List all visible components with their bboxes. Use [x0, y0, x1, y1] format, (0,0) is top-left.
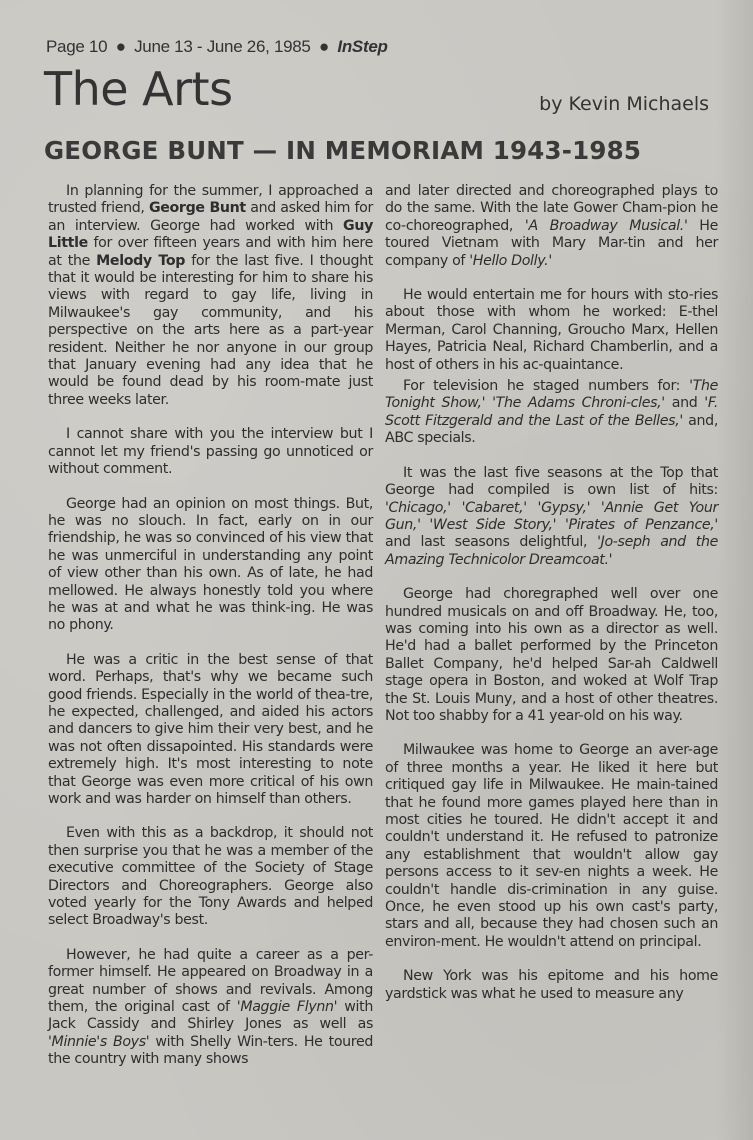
article-paragraph: In planning for the summer, I approached… [48, 183, 373, 409]
article-paragraph: For television he staged numbers for: 'T… [385, 378, 718, 448]
italic-title: 'A Broadway Musical.' [525, 218, 688, 234]
bullet-icon: ● [319, 37, 329, 57]
newspaper-page: Page 10 ● June 13 - June 26, 1985 ● InSt… [0, 0, 753, 1140]
text-run: He would entertain me for hours with sto… [385, 287, 718, 373]
page-number: Page 10 [46, 37, 107, 56]
article-paragraph: New York was his epitome and his home ya… [385, 968, 718, 1003]
text-run: For television he staged numbers for: [403, 378, 689, 394]
article-paragraph: Milwaukee was home to George an aver-age… [385, 742, 718, 951]
text-run: and [665, 395, 704, 411]
issue-date-range: June 13 - June 26, 1985 [134, 37, 310, 56]
article-paragraph: George had an opinion on most things. Bu… [48, 496, 373, 635]
text-run: Milwaukee was home to George an aver-age… [385, 742, 718, 949]
article-headline: GEORGE BUNT — IN MEMORIAM 1943-1985 [44, 136, 641, 165]
article-paragraph: and later directed and choreographed pla… [385, 183, 718, 270]
article-paragraph: He would entertain me for hours with sto… [385, 287, 718, 374]
text-run: and last seasons delightful, [385, 534, 597, 550]
article-column-right: and later directed and choreographed pla… [385, 183, 718, 1003]
bold-name: George Bunt [149, 200, 246, 216]
publication-name: InStep [337, 37, 387, 56]
byline: by Kevin Michaels [539, 93, 709, 115]
section-title: The Arts [44, 66, 233, 112]
text-run: I cannot share with you the interview bu… [48, 426, 373, 477]
article-column-left: In planning for the summer, I approached… [48, 183, 373, 1069]
text-run: He was a critic in the best sense of tha… [48, 652, 373, 807]
text-run: for the last five. I thought that it wou… [48, 253, 373, 408]
italic-title: 'Chicago,' 'Cabaret,' 'Gypsy,' 'Annie Ge… [385, 500, 718, 533]
article-paragraph: However, he had quite a career as a per-… [48, 947, 373, 1069]
text-run: Even with this as a backdrop, it should … [48, 825, 373, 928]
text-run: George had choregraphed well over one hu… [385, 586, 718, 724]
italic-title: 'Minnie's Boys' [48, 1034, 149, 1050]
text-run: It was the last five seasons at the Top … [385, 465, 718, 498]
text-run: New York was his epitome and his home ya… [385, 968, 718, 1001]
italic-title: 'Maggie Flynn' [237, 999, 337, 1015]
article-paragraph: I cannot share with you the interview bu… [48, 426, 373, 478]
bullet-icon: ● [116, 37, 126, 57]
page-folio: Page 10 ● June 13 - June 26, 1985 ● InSt… [46, 37, 388, 57]
text-run: George had an opinion on most things. Bu… [48, 496, 373, 634]
article-paragraph: Even with this as a backdrop, it should … [48, 825, 373, 929]
article-paragraph: He was a critic in the best sense of tha… [48, 652, 373, 809]
bold-name: Melody Top [96, 253, 185, 269]
italic-title: 'Hello Dolly.' [469, 253, 552, 269]
article-paragraph: George had choregraphed well over one hu… [385, 586, 718, 725]
article-paragraph: It was the last five seasons at the Top … [385, 465, 718, 569]
